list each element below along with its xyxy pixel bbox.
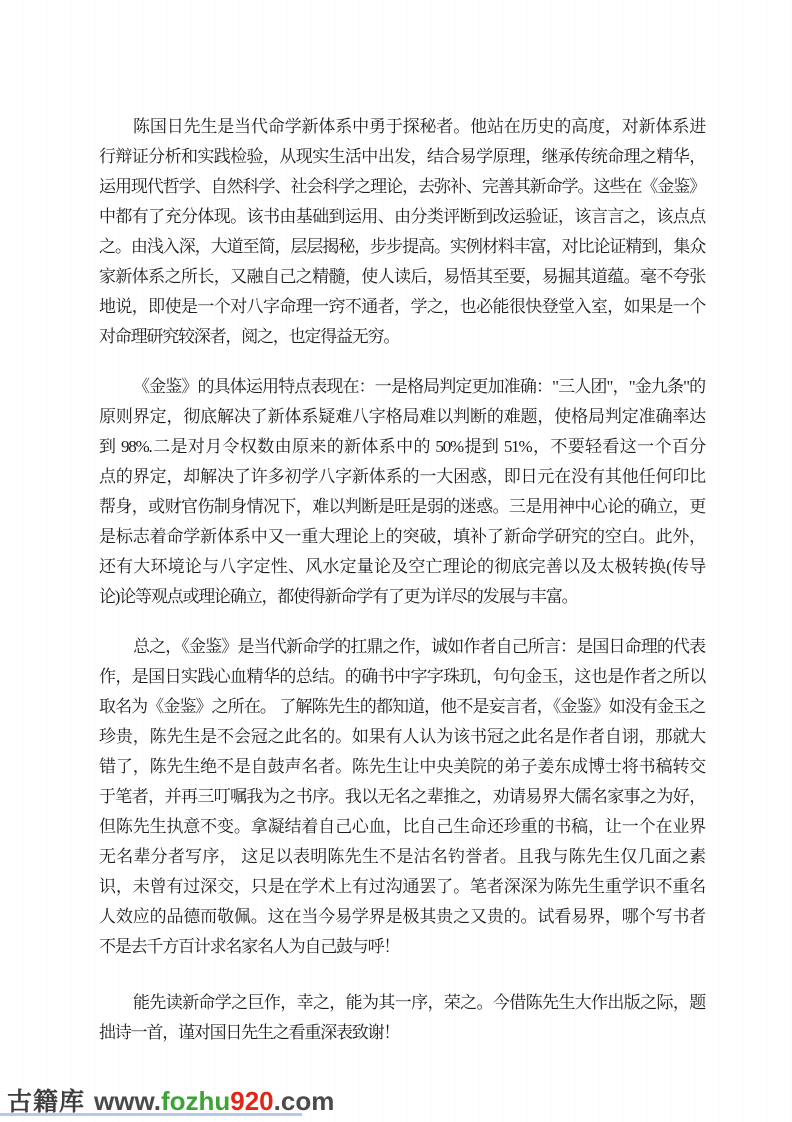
text-line: 是标志着命学新体系中又一重大理论上的突破，填补了新命学研究的空白。此外， <box>99 522 705 552</box>
watermark-url-920: 920 <box>230 1086 273 1116</box>
watermark-url-fozhu: fozhu <box>161 1086 230 1116</box>
text-line: 珍贵，陈先生是不会冠之此名的。如果有人认为该书冠之此名是作者自诩，那就大 <box>99 722 705 752</box>
text-line: 陈国日先生是当代命学新体系中勇于探秘者。他站在历史的高度，对新体系进 <box>99 112 705 142</box>
text-line: 点的界定，却解决了许多初学八字新体系的一大困惑，即日元在没有其他任何印比 <box>99 462 705 492</box>
watermark-url-com: .com <box>274 1086 335 1116</box>
text-line: 行辩证分析和实践检验，从现实生活中出发，结合易学原理，继承传统命理之精华， <box>99 142 705 172</box>
text-line: 之。由浅入深，大道至简，层层揭秘，步步提高。实例材料丰富，对比论证精到，集众 <box>99 232 705 262</box>
text-line: 取名为《金鉴》之所在。 了解陈先生的都知道，他不是妄言者，《金鉴》如没有金玉之 <box>99 692 705 722</box>
text-line: 于笔者，并再三叮嘱我为之书序。我以无名之辈推之，劝请易界大儒名家事之为好， <box>99 782 705 812</box>
text-line: 帮身，或财官伤制身情况下，难以判断是旺是弱的迷惑。三是用神中心论的确立，更 <box>99 492 705 522</box>
text-line: 拙诗一首，谨对国日先生之看重深表致谢！ <box>99 1018 705 1048</box>
text-line: 家新体系之所长，又融自己之精髓，使人读后，易悟其至要，易掘其道蕴。毫不夸张 <box>99 262 705 292</box>
text-line: 识，未曾有过深交，只是在学术上有过沟通罢了。笔者深深为陈先生重学识不重名 <box>99 872 705 902</box>
text-line: 原则界定，彻底解决了新体系疑难八字格局难以判断的难题，使格局判定准确率达 <box>99 402 705 432</box>
text-line: 错了，陈先生绝不是自鼓声名者。陈先生让中央美院的弟子姜东成博士将书稿转交 <box>99 752 705 782</box>
text-line: 总之，《金鉴》是当代新命学的扛鼎之作，诚如作者自己所言：是国日命理的代表 <box>99 632 705 662</box>
text-line: 人效应的品德而敬佩。这在当今易学界是极其贵之又贵的。试看易界，哪个写书者 <box>99 902 705 932</box>
text-line: 不是去千方百计求名家名人为自己鼓与呼！ <box>99 932 705 962</box>
paragraph-4: 能先读新命学之巨作，幸之，能为其一序，荣之。今借陈先生大作出版之际，题 拙诗一首… <box>99 988 705 1048</box>
text-line: 但陈先生执意不变。拿凝结着自己心血，比自己生命还珍重的书稿，让一个在业界 <box>99 812 705 842</box>
text-line: 运用现代哲学、自然科学、社会科学之理论，去弥补、完善其新命学。这些在《金鉴》 <box>99 172 705 202</box>
paragraph-1: 陈国日先生是当代命学新体系中勇于探秘者。他站在历史的高度，对新体系进 行辩证分析… <box>99 112 705 352</box>
page-text: 陈国日先生是当代命学新体系中勇于探秘者。他站在历史的高度，对新体系进 行辩证分析… <box>99 112 705 1048</box>
scanned-page: { "document": { "paragraphs": [ { "lines… <box>0 0 792 1122</box>
text-line: 论)论等观点或理论确立，都使得新命学有了更为详尽的发展与丰富。 <box>99 582 705 612</box>
text-line: 还有大环境论与八字定性、风水定量论及空亡理论的彻底完善以及太极转换(传导 <box>99 552 705 582</box>
text-line: 中都有了充分体现。该书由基础到运用、由分类评断到改运验证，该言言之，该点点 <box>99 202 705 232</box>
text-line: 《金鉴》的具体运用特点表现在：一是格局判定更加准确："三人团"，"金九条"的 <box>99 372 705 402</box>
text-line: 能先读新命学之巨作，幸之，能为其一序，荣之。今借陈先生大作出版之际，题 <box>99 988 705 1018</box>
paragraph-2: 《金鉴》的具体运用特点表现在：一是格局判定更加准确："三人团"，"金九条"的 原… <box>99 372 705 612</box>
watermark-underline <box>0 1113 302 1116</box>
paragraph-3: 总之，《金鉴》是当代新命学的扛鼎之作，诚如作者自己所言：是国日命理的代表 作，是… <box>99 632 705 962</box>
text-line: 地说，即使是一个对八字命理一窍不通者，学之，也必能很快登堂入室，如果是一个 <box>99 292 705 322</box>
text-line: 对命理研究较深者，阅之，也定得益无穷。 <box>99 322 705 352</box>
text-line: 作，是国日实践心血精华的总结。的确书中字字珠玑，句句金玉，这也是作者之所以 <box>99 662 705 692</box>
text-line: 无名辈分者写序， 这足以表明陈先生不是沽名钓誉者。且我与陈先生仅几面之素 <box>99 842 705 872</box>
text-line: 到 98%.二是对月令权数由原来的新体系中的 50%提到 51%，不要轻看这一个… <box>99 432 705 462</box>
watermark-url-www: www. <box>94 1086 161 1116</box>
